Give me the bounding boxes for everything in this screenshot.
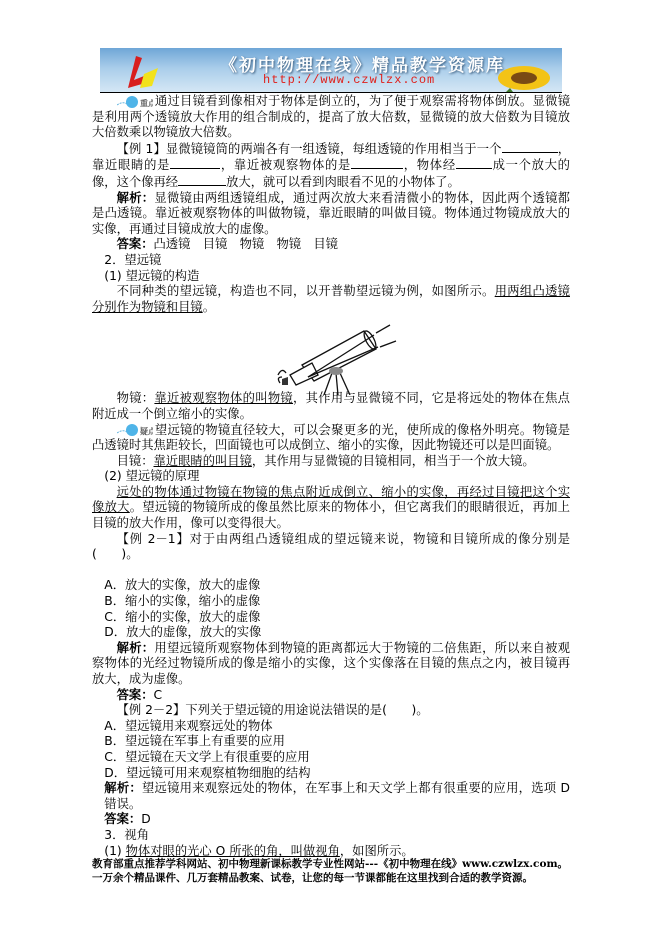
eyepiece-paragraph: 目镜：靠近眼睛的叫目镜，其作用与显微镜的目镜相同，相当于一个放大镜。: [92, 454, 570, 470]
telescope-icon: [272, 319, 412, 395]
difficult-point-icon: 疑点: [117, 423, 153, 437]
example-2-2-option-b: B．望远镜在军事上有重要的应用: [92, 734, 570, 750]
section-2-1-text: 不同种类的望远镜，构造也不同，以开普勒望远镜为例，如图所示。用两组凸透镜分别作为…: [92, 284, 570, 315]
section-2-2-text: 远处的物体通过物镜在物镜的焦点附近成倒立、缩小的实像，再经过目镜把这个实像放大。…: [92, 485, 570, 532]
section-2-2-title: (2) 望远镜的原理: [92, 469, 570, 485]
example-2-2-answer: 答案：D: [92, 812, 570, 828]
example-2-2-analysis: 解析：望远镜用来观察远处的物体，在军事上和天文学上都有很重要的应用，选项 D 错…: [92, 781, 570, 812]
key-point-text: 通过目镜看到像相对于物体是倒立的，为了便于观察需将物体倒放。显微镜是利用两个透镜…: [92, 94, 570, 139]
site-banner: 《初中物理在线》精品教学资源库 http://www.czwlzx.com: [100, 48, 562, 92]
svg-text:疑点: 疑点: [140, 426, 153, 436]
key-point-paragraph: 重点 通过目镜看到像相对于物体是倒立的，为了便于观察需将物体倒放。显微镜是利用两…: [92, 94, 570, 141]
example-2-1-option-b: B．缩小的实像，缩小的虚像: [92, 594, 570, 610]
blank-4[interactable]: [456, 157, 492, 169]
sunflower-icon: [494, 62, 550, 92]
difficult-point-paragraph: 疑点 望远镜的物镜直径较大，可以会聚更多的光，使所成的像格外明亮。物镜是凸透镜时…: [92, 423, 570, 454]
example-2-1-answer: 答案：C: [92, 688, 570, 704]
example-2-2-question: 【例 2－2】下列关于望远镜的用途说法错误的是( )。: [92, 703, 570, 719]
page-footer: 教育部重点推荐学科网站、初中物理新课标教学专业性网站---《初中物理在线》www…: [92, 857, 572, 885]
objective-lens-paragraph: 物镜：靠近被观察物体的叫物镜，其作用与显微镜不同，它是将远处的物体在焦点附近成一…: [92, 391, 570, 422]
blank-3[interactable]: [351, 157, 403, 169]
example-2-1-analysis: 解析：用望远镜所观察物体到物镜的距离都远大于物镜的二倍焦距，所以来自被观察物体的…: [92, 641, 570, 688]
banner-url[interactable]: http://www.czwlzx.com: [263, 73, 435, 87]
key-point-icon: 重点: [117, 95, 153, 109]
section-2-1-title: (1) 望远镜的构造: [92, 269, 570, 285]
example-2-2-option-d: D．望远镜可用来观察植物细胞的结构: [92, 766, 570, 782]
section-2-title: 2．望远镜: [92, 253, 570, 269]
header-divider: [100, 92, 562, 93]
svg-text:重点: 重点: [140, 98, 153, 108]
example-2-2-option-c: C．望远镜在天文学上有很重要的应用: [92, 750, 570, 766]
example-1-analysis: 解析：显微镜由两组透镜组成，通过两次放大来看清微小的物体，因此两个透镜都是凸透镜…: [92, 191, 570, 238]
blank-5[interactable]: [178, 174, 226, 186]
blank-1[interactable]: [502, 141, 558, 153]
example-1-answer: 答案：凸透镜 目镜 物镜 物镜 目镜: [92, 237, 570, 253]
example-2-1-option-c: C．缩小的实像，放大的虚像: [92, 610, 570, 626]
telescope-figure: [92, 315, 570, 391]
site-logo-icon: [122, 54, 162, 90]
example-2-2-option-a: A．望远镜用来观察远处的物体: [92, 719, 570, 735]
example-1-question: 【例 1】显微镜镜筒的两端各有一组透镜，每组透镜的作用相当于一个，靠近眼睛的是，…: [92, 141, 570, 191]
section-3-title: 3．视角: [92, 828, 570, 844]
example-2-1-option-d: D．放大的虚像，放大的实像: [92, 625, 570, 641]
blank-2[interactable]: [170, 157, 220, 169]
example-2-1-option-a: A．放大的实像，放大的虚像: [92, 578, 570, 594]
document-body: 重点 通过目镜看到像相对于物体是倒立的，为了便于观察需将物体倒放。显微镜是利用两…: [92, 94, 570, 859]
example-2-1-question: 【例 2－1】对于由两组凸透镜组成的望远镜来说，物镜和目镜所成的像分别是( )。: [92, 532, 570, 563]
